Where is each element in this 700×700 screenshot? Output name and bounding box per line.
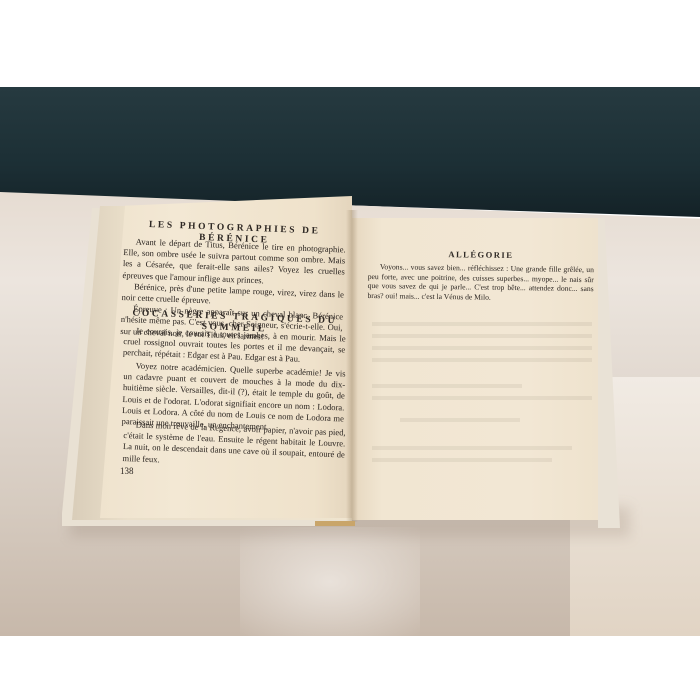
- show-through-text: [372, 446, 572, 450]
- paragraph: Dans mon rêve de la Régence, avoir papie…: [122, 419, 346, 472]
- show-through-text: [400, 418, 520, 422]
- show-through-text: [372, 334, 592, 338]
- show-through-text: [372, 346, 592, 350]
- open-book: LES PHOTOGRAPHIES DE BÉRÉNICE Avant le d…: [0, 0, 700, 700]
- paragraph: Voyons... vous savez bien... réfléchisse…: [367, 262, 594, 304]
- page-number: 138: [120, 466, 134, 476]
- show-through-text: [372, 322, 592, 326]
- show-through-text: [372, 396, 592, 400]
- book-cover-right-edge: [598, 218, 620, 528]
- show-through-text: [372, 384, 522, 388]
- book-gutter: [346, 210, 358, 522]
- show-through-text: [372, 458, 552, 462]
- spine-tape: [315, 521, 355, 526]
- show-through-text: [372, 358, 592, 362]
